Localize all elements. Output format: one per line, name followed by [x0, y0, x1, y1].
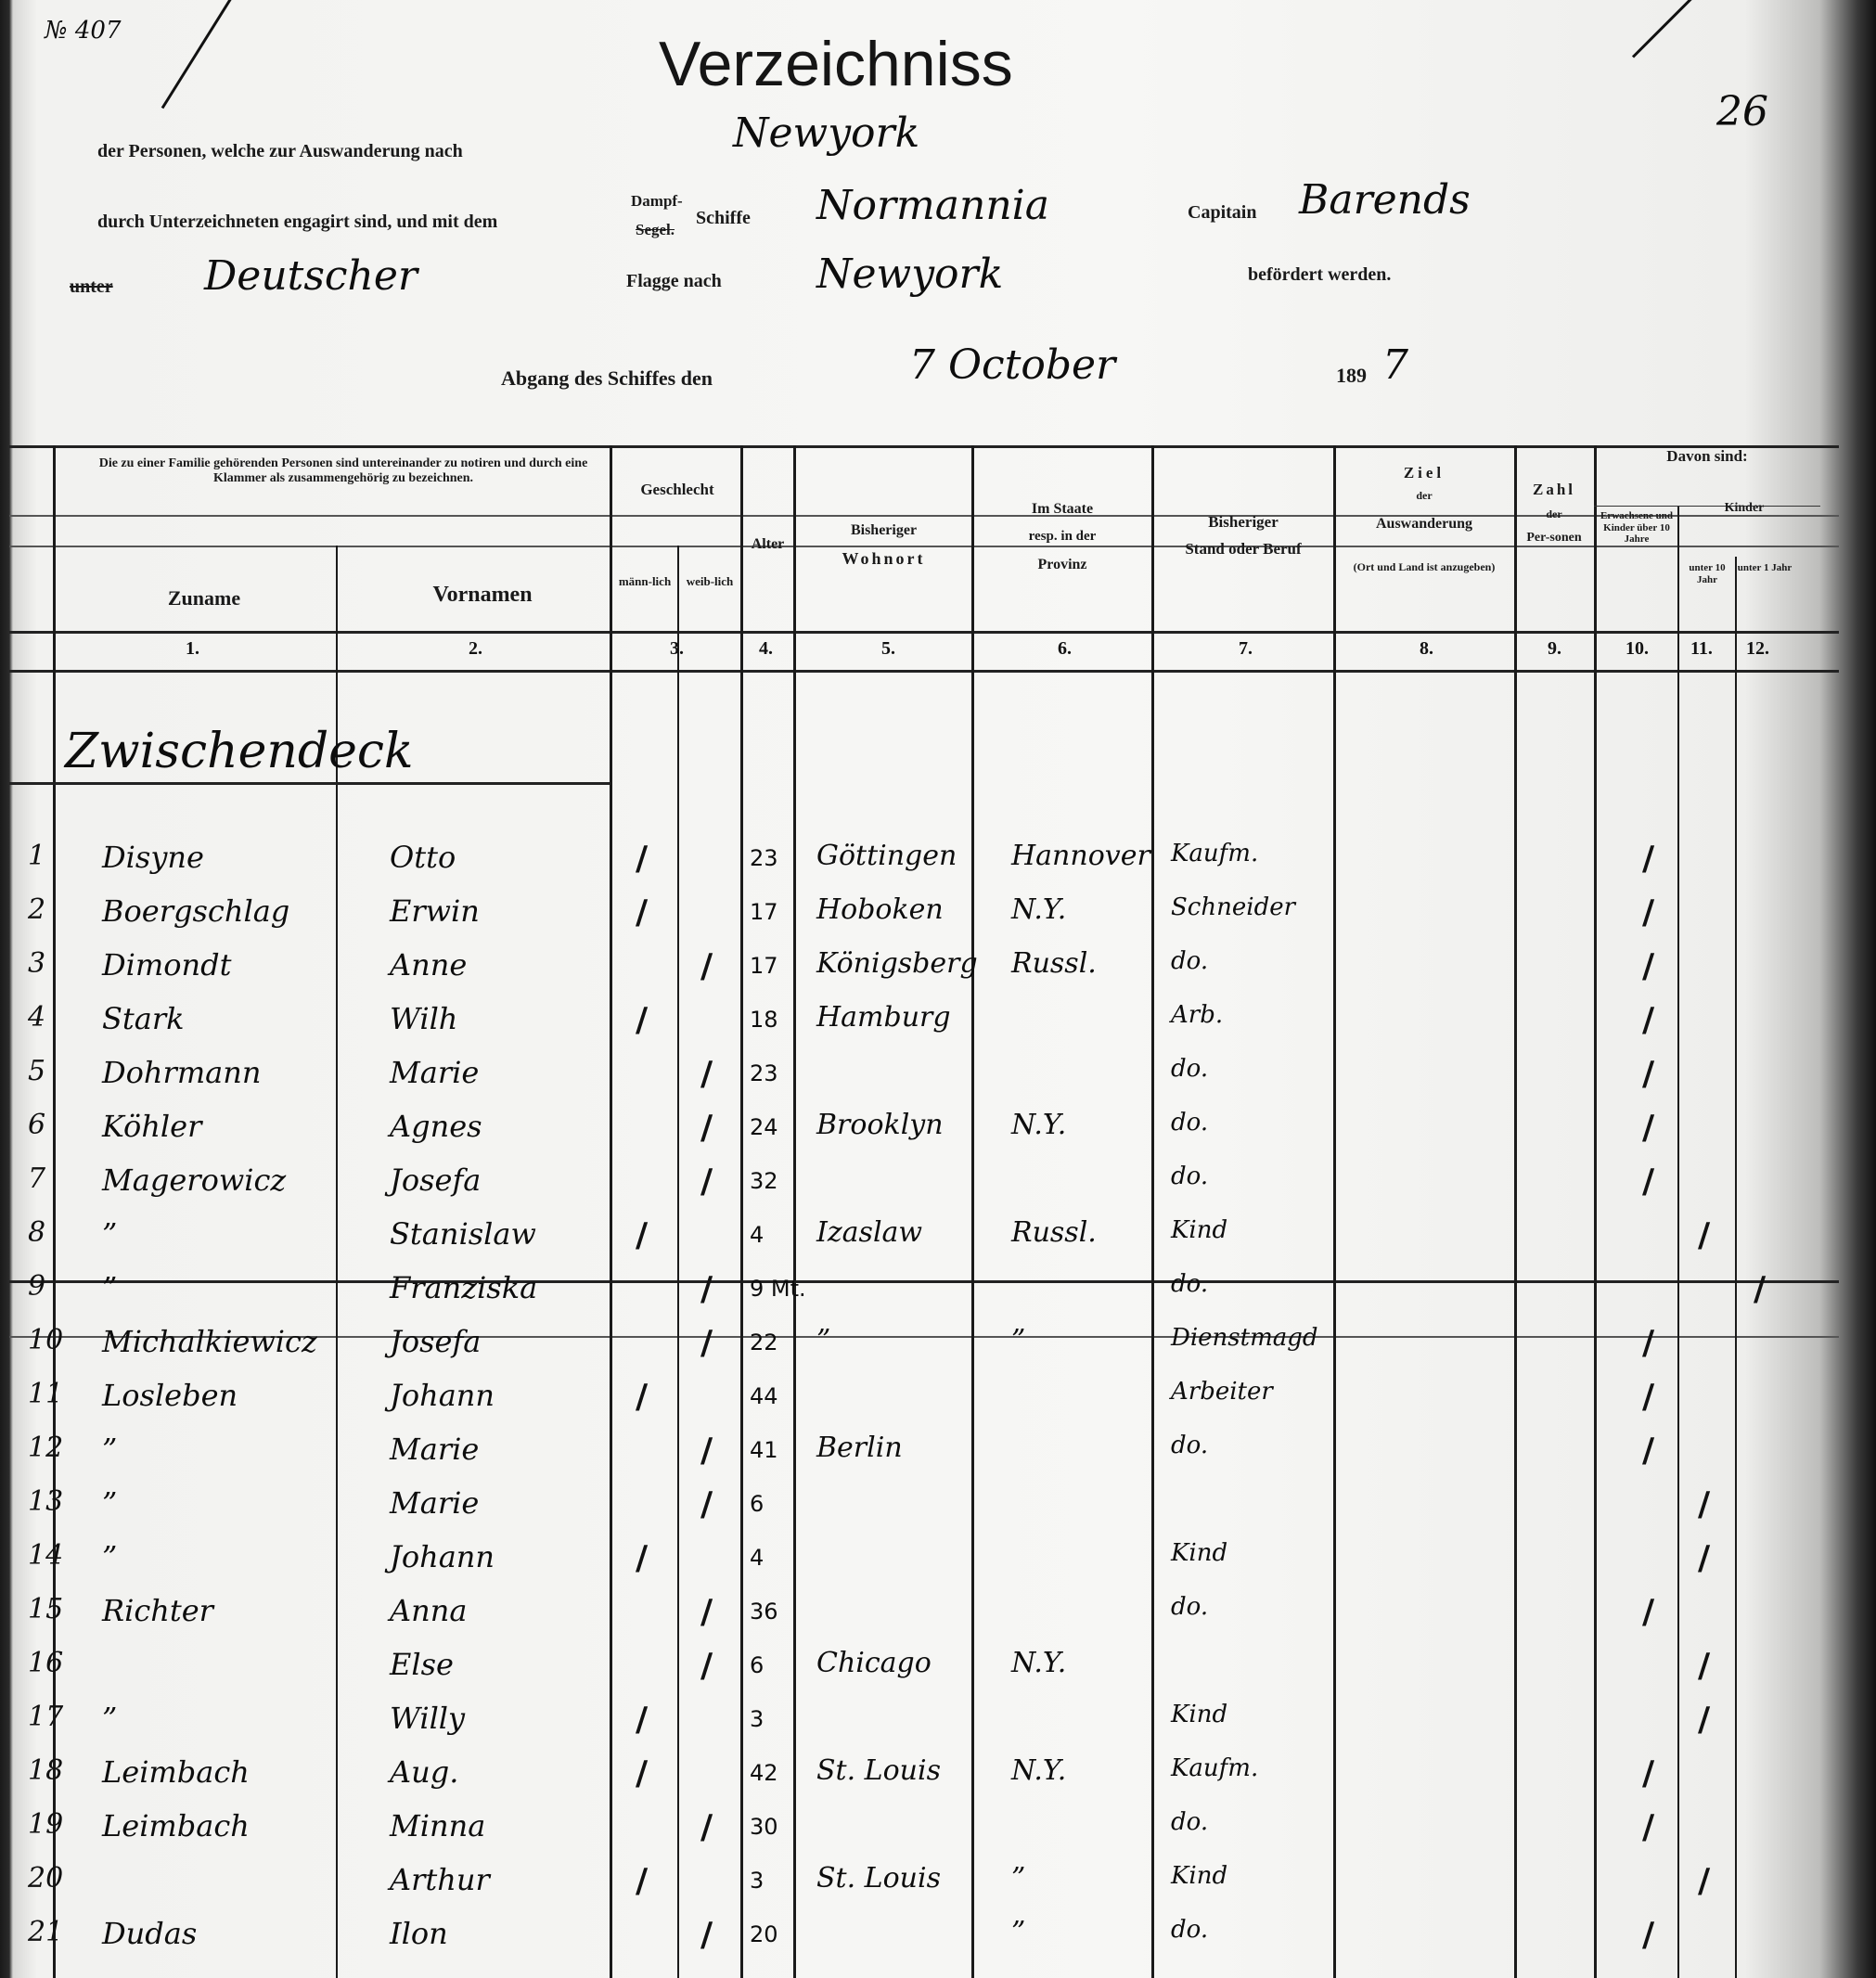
adult-mark: /: [1642, 1162, 1654, 1201]
given-name: Anne: [390, 947, 467, 983]
header-unter10: unter 10 Jahr: [1679, 562, 1735, 585]
header-zahl-c: Per-sonen: [1517, 531, 1591, 546]
adult-mark: /: [1642, 1593, 1654, 1631]
child-under10-mark: /: [1698, 1216, 1710, 1254]
given-name: Minna: [390, 1808, 485, 1843]
table-row: 16 Else / 6 Chicago N.Y. /: [0, 1647, 1876, 1701]
header-weiblich: weib-lich: [679, 575, 740, 589]
manifest-page: № 407 26 Verzeichniss der Personen, welc…: [0, 0, 1876, 1978]
occupation: do.: [1171, 1055, 1208, 1083]
col-number-9: 9.: [1548, 638, 1561, 660]
age: 4: [750, 1545, 764, 1571]
given-name: Erwin: [390, 893, 480, 929]
row-number: 12: [28, 1432, 63, 1464]
reference-mark: № 407: [45, 17, 122, 45]
header-ziel-d: (Ort und Land ist anzugeben): [1345, 561, 1503, 574]
given-name: Josefa: [390, 1324, 481, 1359]
row-number: 14: [28, 1539, 63, 1572]
row-number: 5: [28, 1055, 45, 1087]
emigration-destination: Newyork: [733, 109, 919, 157]
family-note: Die zu einer Familie gehörenden Personen…: [93, 456, 594, 486]
residence: Hamburg: [816, 1001, 951, 1034]
given-name: Agnes: [390, 1109, 482, 1144]
table-row: 8 ” Stanislaw / 4 Izaslaw Russl. Kind /: [0, 1216, 1876, 1270]
surname: Stark: [102, 1001, 185, 1036]
col-number-12: 12.: [1746, 638, 1769, 660]
header-kinder: Kinder: [1679, 501, 1809, 516]
residence: Chicago: [816, 1647, 932, 1679]
female-mark: /: [700, 1593, 713, 1631]
residence: Berlin: [816, 1432, 903, 1464]
header-unter1: unter 1 Jahr: [1737, 562, 1792, 574]
header-staat-c: Provinz: [974, 557, 1150, 573]
table-row: 19 Leimbach Minna / 30 do. /: [0, 1808, 1876, 1862]
header-zahl-a: Zahl: [1517, 481, 1591, 499]
header-zahl-b: der: [1517, 508, 1591, 521]
female-mark: /: [700, 1055, 713, 1093]
table-row: 18 Leimbach Aug. / 42 St. Louis N.Y. Kau…: [0, 1754, 1876, 1808]
row-number: 1: [28, 840, 45, 872]
province: N.Y.: [1011, 1647, 1066, 1679]
table-row: 20 Arthur / 3 St. Louis ” Kind /: [0, 1862, 1876, 1916]
ship-destination: Newyork: [816, 250, 1003, 298]
province: ”: [1011, 1324, 1025, 1356]
given-name: Marie: [390, 1485, 479, 1521]
table-row: 9 ” Franziska / 9 Mt. do. /: [0, 1270, 1876, 1324]
header-bottom-rule: [9, 631, 1839, 634]
surname: Dudas: [102, 1916, 197, 1951]
male-mark: /: [636, 1862, 648, 1900]
col-number-2: 2.: [469, 638, 482, 660]
adult-mark: /: [1642, 1055, 1654, 1093]
occupation: Kind: [1171, 1862, 1227, 1890]
occupation: Kind: [1171, 1701, 1227, 1728]
age: 44: [750, 1383, 778, 1409]
header-staat-b: resp. in der: [974, 529, 1150, 545]
row-number: 6: [28, 1109, 45, 1141]
table-row: 17 ” Willy / 3 Kind /: [0, 1701, 1876, 1754]
row-number: 8: [28, 1216, 45, 1249]
year-handwritten: 7: [1382, 341, 1408, 389]
age: 23: [750, 845, 778, 871]
child-under10-mark: /: [1698, 1862, 1710, 1900]
header-wohnort-b: Wohnort: [798, 549, 970, 569]
table-row: 12 ” Marie / 41 Berlin do. /: [0, 1432, 1876, 1485]
age: 32: [750, 1168, 778, 1194]
female-mark: /: [700, 1485, 713, 1523]
age: 3: [750, 1868, 764, 1894]
ship-type-sail: Segel.: [636, 221, 675, 239]
age: 42: [750, 1760, 778, 1786]
residence: ”: [816, 1324, 830, 1356]
age: 9 Mt.: [750, 1276, 806, 1302]
adult-mark: /: [1642, 1916, 1654, 1954]
surname: Dimondt: [102, 947, 231, 983]
residence: Königsberg: [816, 947, 978, 980]
row-number: 20: [28, 1862, 63, 1895]
row-number: 21: [28, 1916, 63, 1948]
age: 17: [750, 953, 778, 979]
residence: Izaslaw: [816, 1216, 922, 1249]
surname: Richter: [102, 1593, 213, 1628]
check-mark-icon: [161, 0, 238, 109]
surname: Disyne: [102, 840, 204, 875]
given-name: Marie: [390, 1055, 479, 1090]
province: N.Y.: [1011, 1109, 1066, 1141]
row-number: 10: [28, 1324, 63, 1356]
surname: Leimbach: [102, 1754, 250, 1790]
occupation: do.: [1171, 1162, 1208, 1190]
line2-printed: durch Unterzeichneten engagirt sind, und…: [97, 212, 497, 233]
female-mark: /: [700, 1109, 713, 1147]
age: 36: [750, 1599, 778, 1625]
child-under10-mark: /: [1698, 1539, 1710, 1577]
table-row: 14 ” Johann / 4 Kind /: [0, 1539, 1876, 1593]
year-printed: 189: [1336, 364, 1367, 388]
female-mark: /: [700, 1916, 713, 1954]
captain-name: Barends: [1299, 176, 1471, 224]
row-number: 13: [28, 1485, 63, 1518]
male-mark: /: [636, 1001, 648, 1039]
table-row: 15 Richter Anna / 36 do. /: [0, 1593, 1876, 1647]
female-mark: /: [700, 1808, 713, 1846]
header-ziel-a: Ziel: [1336, 464, 1512, 482]
corner-mark: 26: [1716, 88, 1768, 135]
table-top-border: [9, 445, 1839, 448]
section-label: Zwischendeck: [65, 724, 414, 779]
row-number: 2: [28, 893, 45, 926]
surname: Michalkiewicz: [102, 1324, 317, 1359]
residence: St. Louis: [816, 1754, 941, 1787]
surname: ”: [102, 1216, 117, 1252]
occupation: do.: [1171, 1808, 1208, 1836]
age: 30: [750, 1814, 778, 1840]
province: Hannover: [1011, 840, 1150, 872]
captain-label: Capitain: [1188, 202, 1256, 224]
row-number: 3: [28, 947, 45, 980]
surname: ”: [102, 1485, 117, 1521]
child-under10-mark: /: [1698, 1647, 1710, 1685]
col-number-8: 8.: [1420, 638, 1433, 660]
age: 6: [750, 1491, 764, 1517]
surname: ”: [102, 1701, 117, 1736]
flag-nationality: Deutscher: [204, 252, 418, 300]
header-vornamen: Vornamen: [390, 583, 575, 609]
col-number-11: 11.: [1690, 638, 1713, 660]
adult-mark: /: [1642, 893, 1654, 931]
occupation: Kind: [1171, 1539, 1227, 1567]
female-mark: /: [700, 1162, 713, 1201]
row-number: 4: [28, 1001, 45, 1034]
table-row: 2 Boergschlag Erwin / 17 Hoboken N.Y. Sc…: [0, 893, 1876, 947]
given-name: Anna: [390, 1593, 467, 1628]
occupation: Kaufm.: [1171, 840, 1258, 867]
col-number-3: 3.: [670, 638, 684, 660]
slash-mark-icon: [1632, 0, 1732, 58]
table-row: 3 Dimondt Anne / 17 Königsberg Russl. do…: [0, 947, 1876, 1001]
row-number: 9: [28, 1270, 45, 1303]
age: 22: [750, 1329, 778, 1355]
male-mark: /: [636, 840, 648, 878]
adult-mark: /: [1642, 947, 1654, 985]
flag-label: Flagge nach: [626, 271, 722, 292]
adult-mark: /: [1642, 1754, 1654, 1792]
col-number-1: 1.: [186, 638, 199, 660]
occupation: Kaufm.: [1171, 1754, 1258, 1782]
residence: Brooklyn: [816, 1109, 944, 1141]
male-mark: /: [636, 1378, 648, 1416]
surname: ”: [102, 1270, 117, 1305]
adult-mark: /: [1642, 840, 1654, 878]
male-mark: /: [636, 1754, 648, 1792]
header-rule: [9, 546, 1839, 547]
ship-type-steam: Dampf-: [631, 192, 683, 211]
row-number: 16: [28, 1647, 63, 1679]
age: 17: [750, 899, 778, 925]
female-mark: /: [700, 947, 713, 985]
header-zuname: Zuname: [130, 586, 278, 610]
given-name: Otto: [390, 840, 456, 875]
female-mark: /: [700, 1270, 713, 1308]
occupation: Kind: [1171, 1216, 1227, 1244]
header-beruf-a: Bisheriger: [1154, 513, 1332, 532]
header-davon: Davon sind:: [1596, 447, 1818, 466]
adult-mark: /: [1642, 1109, 1654, 1147]
given-name: Johann: [390, 1378, 495, 1413]
row-number: 18: [28, 1754, 63, 1787]
female-mark: /: [700, 1432, 713, 1470]
header-staat-a: Im Staate: [974, 501, 1150, 518]
male-mark: /: [636, 1216, 648, 1254]
residence: Göttingen: [816, 840, 957, 872]
province: ”: [1011, 1862, 1025, 1895]
transport-label: befördert werden.: [1248, 264, 1391, 286]
occupation: do.: [1171, 1432, 1208, 1459]
table-row: 4 Stark Wilh / 18 Hamburg Arb. /: [0, 1001, 1876, 1055]
departure-date: 7 October: [909, 341, 1115, 389]
surname: Dohrmann: [102, 1055, 261, 1090]
adult-mark: /: [1642, 1808, 1654, 1846]
female-mark: /: [700, 1647, 713, 1685]
header-wohnort-a: Bisheriger: [798, 522, 970, 539]
male-mark: /: [636, 1701, 648, 1739]
province: ”: [1011, 1916, 1025, 1948]
ship-suffix: Schiffe: [696, 208, 751, 229]
table-row: 10 Michalkiewicz Josefa / 22 ” ” Dienstm…: [0, 1324, 1876, 1378]
given-name: Else: [390, 1647, 454, 1682]
surname: Leimbach: [102, 1808, 250, 1843]
given-name: Johann: [390, 1539, 495, 1574]
given-name: Franziska: [390, 1270, 537, 1305]
female-mark: /: [700, 1324, 713, 1362]
row-number: 19: [28, 1808, 63, 1841]
header-erwachsene: Erwachsene und Kinder über 10 Jahre: [1598, 510, 1676, 546]
row-number: 15: [28, 1593, 63, 1625]
table-row: 21 Dudas Ilon / 20 ” do. /: [0, 1916, 1876, 1970]
age: 24: [750, 1114, 778, 1140]
occupation: do.: [1171, 1593, 1208, 1621]
header-ziel-c: Auswanderung: [1336, 516, 1512, 533]
col-number-7: 7.: [1239, 638, 1253, 660]
adult-mark: /: [1642, 1324, 1654, 1362]
surname: ”: [102, 1432, 117, 1467]
table-row: 5 Dohrmann Marie / 23 do. /: [0, 1055, 1876, 1109]
surname: Losleben: [102, 1378, 238, 1413]
age: 23: [750, 1060, 778, 1086]
province: N.Y.: [1011, 893, 1066, 926]
under-label: unter: [70, 276, 113, 298]
province: N.Y.: [1011, 1754, 1066, 1787]
given-name: Arthur: [390, 1862, 490, 1897]
header-maennlich: männ-lich: [612, 575, 677, 589]
occupation: Dienstmagd: [1171, 1324, 1318, 1352]
age: 4: [750, 1222, 764, 1248]
col-number-10: 10.: [1625, 638, 1649, 660]
male-mark: /: [636, 1539, 648, 1577]
adult-mark: /: [1642, 1432, 1654, 1470]
col-number-5: 5.: [881, 638, 895, 660]
residence: Hoboken: [816, 893, 944, 926]
given-name: Josefa: [390, 1162, 481, 1198]
given-name: Wilh: [390, 1001, 457, 1036]
infant-mark: /: [1754, 1270, 1766, 1308]
table-row: 7 Magerowicz Josefa / 32 do. /: [0, 1162, 1876, 1216]
col-number-6: 6.: [1058, 638, 1072, 660]
table-row: 13 ” Marie / 6 /: [0, 1485, 1876, 1539]
age: 41: [750, 1437, 778, 1463]
age: 18: [750, 1007, 778, 1033]
given-name: Aug.: [390, 1754, 458, 1790]
child-under10-mark: /: [1698, 1701, 1710, 1739]
given-name: Willy: [390, 1701, 465, 1736]
adult-mark: /: [1642, 1378, 1654, 1416]
surname: Boergschlag: [102, 893, 289, 929]
table-row: 6 Köhler Agnes / 24 Brooklyn N.Y. do. /: [0, 1109, 1876, 1162]
occupation: do.: [1171, 1270, 1208, 1298]
given-name: Marie: [390, 1432, 479, 1467]
col-number-4: 4.: [759, 638, 773, 660]
occupation: Arb.: [1171, 1001, 1223, 1029]
male-mark: /: [636, 893, 648, 931]
residence: St. Louis: [816, 1862, 941, 1895]
row-number: 7: [28, 1162, 45, 1195]
section-underline: [9, 782, 610, 785]
header-geschlecht: Geschlecht: [617, 481, 738, 499]
age: 6: [750, 1652, 764, 1678]
occupation: do.: [1171, 947, 1208, 975]
column-number-rule: [9, 670, 1839, 673]
occupation: Arbeiter: [1171, 1378, 1273, 1406]
child-under10-mark: /: [1698, 1485, 1710, 1523]
province: Russl.: [1011, 1216, 1097, 1249]
row-number: 11: [28, 1378, 63, 1410]
province: Russl.: [1011, 947, 1097, 980]
header-beruf-b: Stand oder Beruf: [1154, 540, 1332, 559]
header-ziel-b: der: [1336, 490, 1512, 503]
page-title: Verzeichniss: [659, 28, 1013, 100]
table-row: 1 Disyne Otto / 23 Göttingen Hannover Ka…: [0, 840, 1876, 893]
age: 3: [750, 1706, 764, 1732]
occupation: Schneider: [1171, 893, 1295, 921]
given-name: Stanislaw: [390, 1216, 536, 1252]
table-row: 11 Losleben Johann / 44 Arbeiter /: [0, 1378, 1876, 1432]
row-number: 17: [28, 1701, 63, 1733]
given-name: Ilon: [390, 1916, 448, 1951]
occupation: do.: [1171, 1109, 1208, 1137]
departure-label: Abgang des Schiffes den: [501, 366, 713, 391]
adult-mark: /: [1642, 1001, 1654, 1039]
header-alter: Alter: [742, 536, 793, 553]
line1-printed: der Personen, welche zur Auswanderung na…: [97, 141, 463, 162]
age: 20: [750, 1921, 778, 1947]
surname: Köhler: [102, 1109, 201, 1144]
ship-name: Normannia: [816, 182, 1049, 229]
surname: ”: [102, 1539, 117, 1574]
occupation: do.: [1171, 1916, 1208, 1944]
surname: Magerowicz: [102, 1162, 286, 1198]
